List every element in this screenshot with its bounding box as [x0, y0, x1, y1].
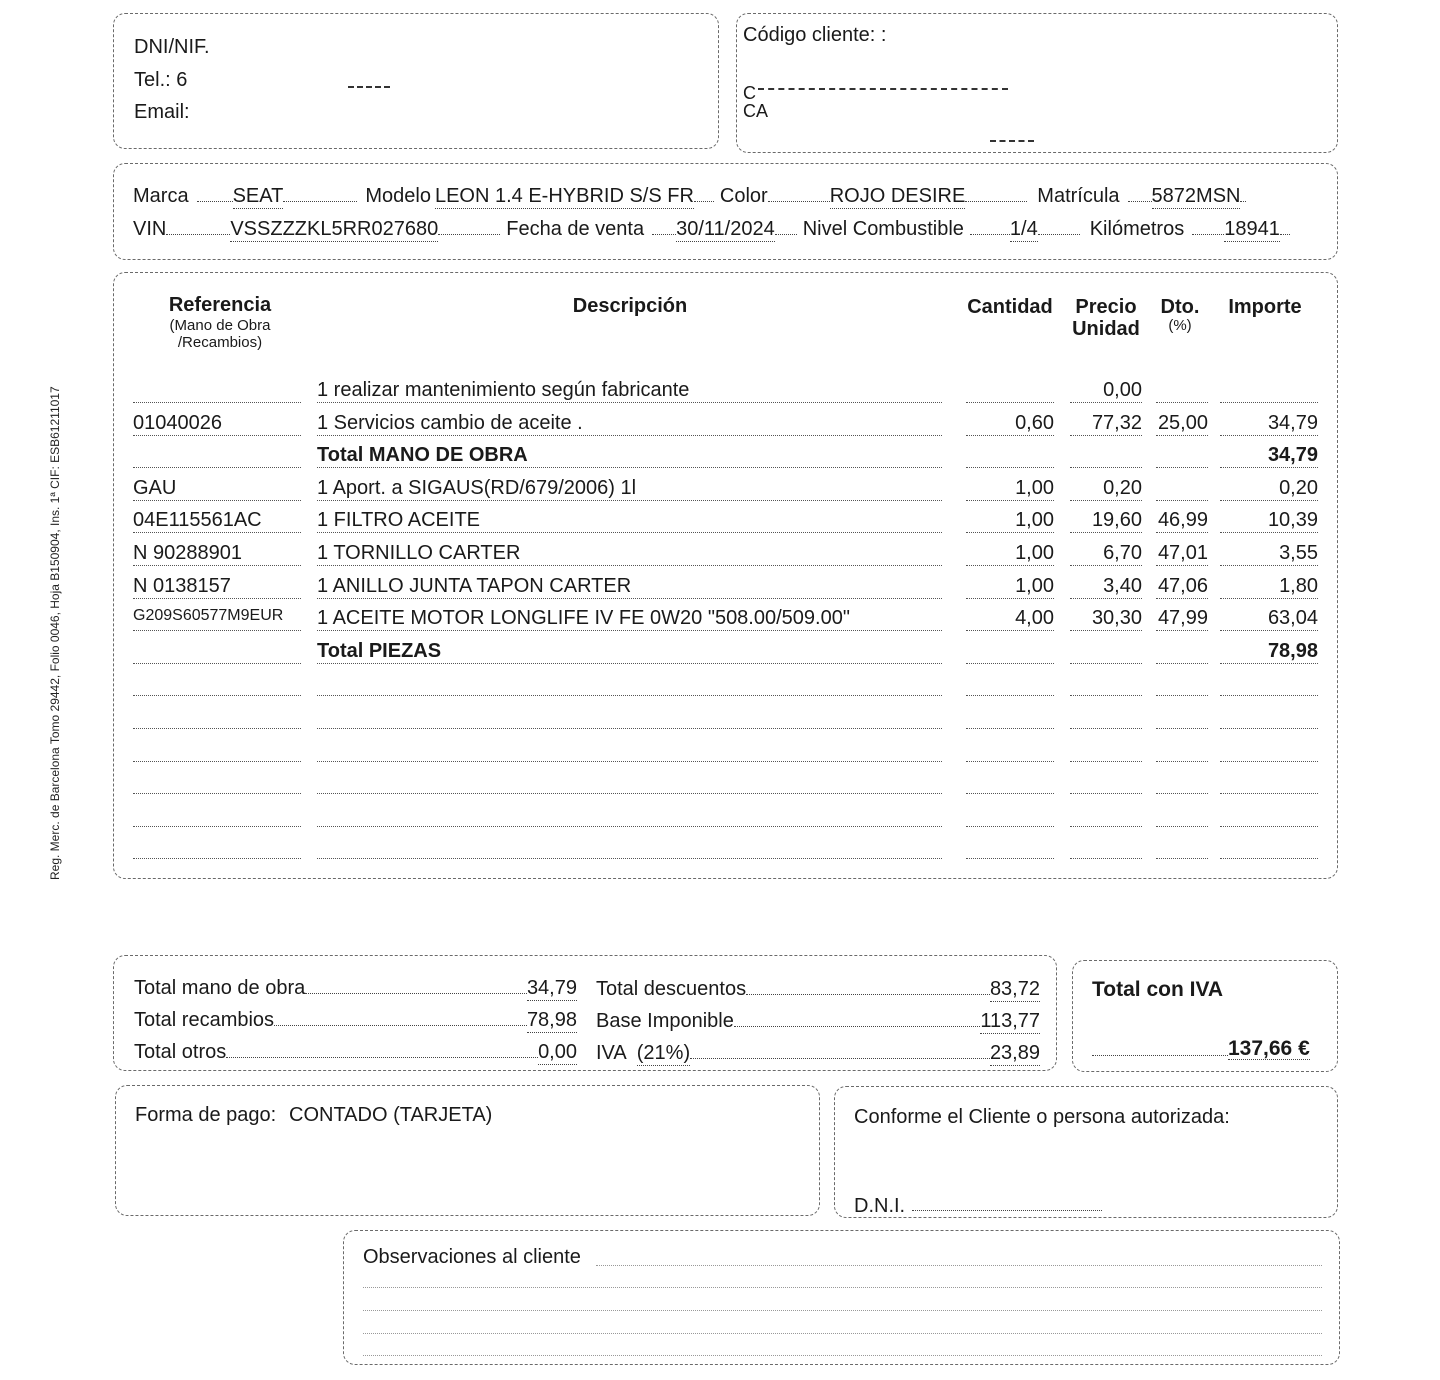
marca-field: Marca SEAT Modelo LEON 1.4 E-HYBRID S/S … [133, 185, 1246, 209]
row-underline [317, 728, 942, 729]
row-underline [966, 532, 1054, 533]
total-recambios-label: Total recambios [134, 1009, 274, 1032]
base-imponible-row: Base Imponible113,77 [596, 1010, 1040, 1034]
row-underline [966, 793, 1054, 794]
signature-label: Conforme el Cliente o persona autorizada… [854, 1107, 1230, 1127]
row-underline [1220, 402, 1318, 403]
row-underline [1156, 793, 1208, 794]
grand-total-value: 137,66 € [1228, 1038, 1310, 1060]
cell-ref: N 0138157 [133, 576, 301, 596]
row-underline [1220, 565, 1318, 566]
total-recambios-row: Total recambios78,98 [134, 1009, 577, 1033]
row-underline [1156, 630, 1208, 631]
cell-ref: N 90288901 [133, 543, 301, 563]
header-cantidad: Cantidad [960, 296, 1060, 318]
row-underline [1156, 695, 1208, 696]
cell-description: 1 realizar mantenimiento según fabricant… [317, 380, 942, 400]
header-descripcion: Descripción [520, 295, 740, 317]
iva-label: IVA [596, 1042, 627, 1065]
cell-unit-price: 6,70 [1070, 543, 1142, 563]
row-underline [133, 793, 301, 794]
row-underline [1220, 630, 1318, 631]
row-underline [966, 402, 1054, 403]
row-underline [133, 565, 301, 566]
iva-value: 23,89 [990, 1042, 1040, 1066]
cell-unit-price: 30,30 [1070, 608, 1142, 628]
signature-dni-line [912, 1210, 1102, 1211]
row-underline [1156, 467, 1208, 468]
row-underline [1156, 532, 1208, 533]
row-underline [317, 858, 942, 859]
modelo-value: LEON 1.4 E-HYBRID S/S FR [435, 185, 694, 209]
total-otros-label: Total otros [134, 1041, 226, 1064]
matricula-value: 5872MSN [1152, 185, 1241, 209]
row-underline [966, 858, 1054, 859]
email-label: Email: [134, 102, 190, 122]
row-underline [1070, 793, 1142, 794]
row-underline [1156, 598, 1208, 599]
cell-description: Total PIEZAS [317, 641, 942, 661]
cell-description: 1 Aport. a SIGAUS(RD/679/2006) 1l [317, 478, 942, 498]
redaction-mark [348, 86, 390, 88]
row-underline [1220, 826, 1318, 827]
header-referencia: Referencia (Mano de Obra /Recambios) [140, 294, 300, 351]
signature-dni-label: D.N.I. [854, 1196, 905, 1216]
row-underline [1070, 435, 1142, 436]
address-line-1: C [743, 84, 756, 102]
customer-box [113, 13, 719, 149]
cell-unit-price: 19,60 [1070, 510, 1142, 530]
cell-amount: 1,80 [1220, 576, 1318, 596]
cell-discount: 47,01 [1156, 543, 1208, 563]
row-underline [1220, 435, 1318, 436]
row-underline [1220, 663, 1318, 664]
cell-amount: 78,98 [1220, 641, 1318, 661]
row-underline [966, 826, 1054, 827]
combustible-label: Nivel Combustible [803, 218, 964, 241]
cell-amount: 0,20 [1220, 478, 1318, 498]
row-underline [317, 761, 942, 762]
row-underline [1156, 761, 1208, 762]
iva-row: IVA(21%)23,89 [596, 1042, 1040, 1066]
row-underline [1156, 728, 1208, 729]
row-underline [317, 402, 942, 403]
row-underline [317, 532, 942, 533]
row-underline [1220, 761, 1318, 762]
row-underline [1220, 467, 1318, 468]
vin-field: VIN VSSZZZKL5RR027680 Fecha de venta 30/… [133, 218, 1290, 242]
row-underline [133, 695, 301, 696]
row-underline [1070, 858, 1142, 859]
address-line-2: CA [743, 102, 768, 120]
row-underline [966, 728, 1054, 729]
payment-value: CONTADO (TARJETA) [289, 1105, 492, 1125]
row-underline [1070, 467, 1142, 468]
row-underline [1070, 402, 1142, 403]
row-underline [966, 598, 1054, 599]
row-underline [133, 630, 301, 631]
row-underline [1070, 695, 1142, 696]
total-descuentos-label: Total descuentos [596, 978, 746, 1001]
cell-description: 1 ACEITE MOTOR LONGLIFE IV FE 0W20 "508.… [317, 608, 942, 628]
cell-description: 1 TORNILLO CARTER [317, 543, 942, 563]
row-underline [1220, 793, 1318, 794]
dni-label: DNI/NIF. [134, 37, 210, 57]
observations-line [596, 1265, 1322, 1266]
row-underline [1156, 435, 1208, 436]
observations-line [363, 1287, 1322, 1288]
row-underline [1070, 728, 1142, 729]
matricula-label: Matrícula [1037, 185, 1119, 208]
payment-label: Forma de pago: [135, 1105, 276, 1125]
color-label: Color [720, 185, 768, 208]
redaction-mark [758, 88, 1008, 90]
km-value: 18941 [1224, 218, 1280, 242]
row-underline [133, 532, 301, 533]
observations-line [363, 1355, 1322, 1356]
header-precio: Precio Unidad [1066, 296, 1146, 340]
row-underline [1156, 402, 1208, 403]
vin-value: VSSZZZKL5RR027680 [230, 218, 438, 242]
row-underline [133, 663, 301, 664]
row-underline [966, 500, 1054, 501]
row-underline [317, 826, 942, 827]
row-underline [133, 500, 301, 501]
cell-unit-price: 3,40 [1070, 576, 1142, 596]
total-mano-obra-value: 34,79 [527, 977, 577, 1001]
fecha-value: 30/11/2024 [676, 218, 775, 242]
row-underline [966, 663, 1054, 664]
cell-description: Total MANO DE OBRA [317, 445, 942, 465]
cell-quantity: 0,60 [966, 413, 1054, 433]
cell-ref: 04E115561AC [133, 510, 301, 530]
cell-amount: 3,55 [1220, 543, 1318, 563]
row-underline [966, 695, 1054, 696]
cell-unit-price: 77,32 [1070, 413, 1142, 433]
total-otros-value: 0,00 [538, 1041, 577, 1065]
row-underline [317, 663, 942, 664]
row-underline [966, 761, 1054, 762]
cell-quantity: 4,00 [966, 608, 1054, 628]
cell-discount: 46,99 [1156, 510, 1208, 530]
cell-ref: G209S60577M9EUR [133, 608, 301, 624]
cell-ref: GAU [133, 478, 301, 498]
vin-label: VIN [133, 218, 166, 241]
cell-amount: 34,79 [1220, 445, 1318, 465]
cell-unit-price: 0,00 [1070, 380, 1142, 400]
header-importe: Importe [1220, 296, 1310, 318]
row-underline [133, 402, 301, 403]
cell-description: 1 FILTRO ACEITE [317, 510, 942, 530]
row-underline [133, 826, 301, 827]
row-underline [1220, 532, 1318, 533]
cell-discount: 25,00 [1156, 413, 1208, 433]
row-underline [133, 467, 301, 468]
modelo-label: Modelo [365, 185, 431, 208]
row-underline [317, 793, 942, 794]
row-underline [1220, 500, 1318, 501]
row-underline [133, 435, 301, 436]
fecha-label: Fecha de venta [506, 218, 644, 241]
row-underline [1156, 500, 1208, 501]
total-mano-obra-label: Total mano de obra [134, 977, 305, 1000]
row-underline [317, 565, 942, 566]
combustible-value: 1/4 [1010, 218, 1038, 242]
grand-total-label: Total con IVA [1092, 979, 1223, 1000]
cell-discount: 47,06 [1156, 576, 1208, 596]
registry-note: Reg. Merc. de Barcelona Tomo 29442, Foli… [48, 386, 62, 880]
row-underline [317, 435, 942, 436]
vehicle-box [113, 163, 1338, 260]
marca-label: Marca [133, 185, 189, 208]
row-underline [317, 598, 942, 599]
row-underline [1156, 826, 1208, 827]
tel-label: Tel.: 6 [134, 70, 187, 90]
row-underline [1070, 565, 1142, 566]
total-descuentos-row: Total descuentos83,72 [596, 978, 1040, 1002]
cell-amount: 34,79 [1220, 413, 1318, 433]
row-underline [317, 500, 942, 501]
total-recambios-value: 78,98 [527, 1009, 577, 1033]
cell-discount: 47,99 [1156, 608, 1208, 628]
cell-unit-price: 0,20 [1070, 478, 1142, 498]
redaction-mark [990, 140, 1034, 142]
marca-value: SEAT [233, 185, 284, 209]
client-code-label: Código cliente: : [743, 25, 886, 45]
row-underline [1220, 695, 1318, 696]
row-underline [133, 858, 301, 859]
row-underline [1070, 532, 1142, 533]
row-underline [966, 435, 1054, 436]
cell-quantity: 1,00 [966, 478, 1054, 498]
base-imponible-label: Base Imponible [596, 1010, 734, 1033]
row-underline [1070, 663, 1142, 664]
header-dto: Dto. (%) [1150, 296, 1210, 335]
km-label: Kilómetros [1090, 218, 1184, 241]
row-underline [1070, 500, 1142, 501]
cell-quantity: 1,00 [966, 576, 1054, 596]
observations-label: Observaciones al cliente [363, 1247, 581, 1267]
color-value: ROJO DESIRE [830, 185, 966, 209]
row-underline [133, 598, 301, 599]
row-underline [1070, 630, 1142, 631]
row-underline [133, 761, 301, 762]
row-underline [317, 467, 942, 468]
row-underline [966, 467, 1054, 468]
total-descuentos-value: 83,72 [990, 978, 1040, 1002]
cell-description: 1 ANILLO JUNTA TAPON CARTER [317, 576, 942, 596]
row-underline [1070, 826, 1142, 827]
row-underline [1156, 663, 1208, 664]
iva-rate: (21%) [637, 1042, 690, 1066]
total-otros-row: Total otros0,00 [134, 1041, 577, 1065]
observations-line [363, 1310, 1322, 1311]
cell-description: 1 Servicios cambio de aceite . [317, 413, 942, 433]
row-underline [1156, 565, 1208, 566]
row-underline [133, 728, 301, 729]
observations-line [363, 1333, 1322, 1334]
row-underline [966, 630, 1054, 631]
grand-total-line [1092, 1055, 1228, 1056]
base-imponible-value: 113,77 [980, 1010, 1040, 1034]
row-underline [1070, 598, 1142, 599]
row-underline [1156, 858, 1208, 859]
row-underline [966, 565, 1054, 566]
row-underline [1220, 728, 1318, 729]
cell-ref: 01040026 [133, 413, 301, 433]
row-underline [317, 630, 942, 631]
row-underline [1220, 858, 1318, 859]
cell-quantity: 1,00 [966, 510, 1054, 530]
cell-amount: 63,04 [1220, 608, 1318, 628]
row-underline [317, 695, 942, 696]
total-mano-obra-row: Total mano de obra34,79 [134, 977, 577, 1001]
row-underline [1220, 598, 1318, 599]
row-underline [1070, 761, 1142, 762]
cell-amount: 10,39 [1220, 510, 1318, 530]
cell-quantity: 1,00 [966, 543, 1054, 563]
